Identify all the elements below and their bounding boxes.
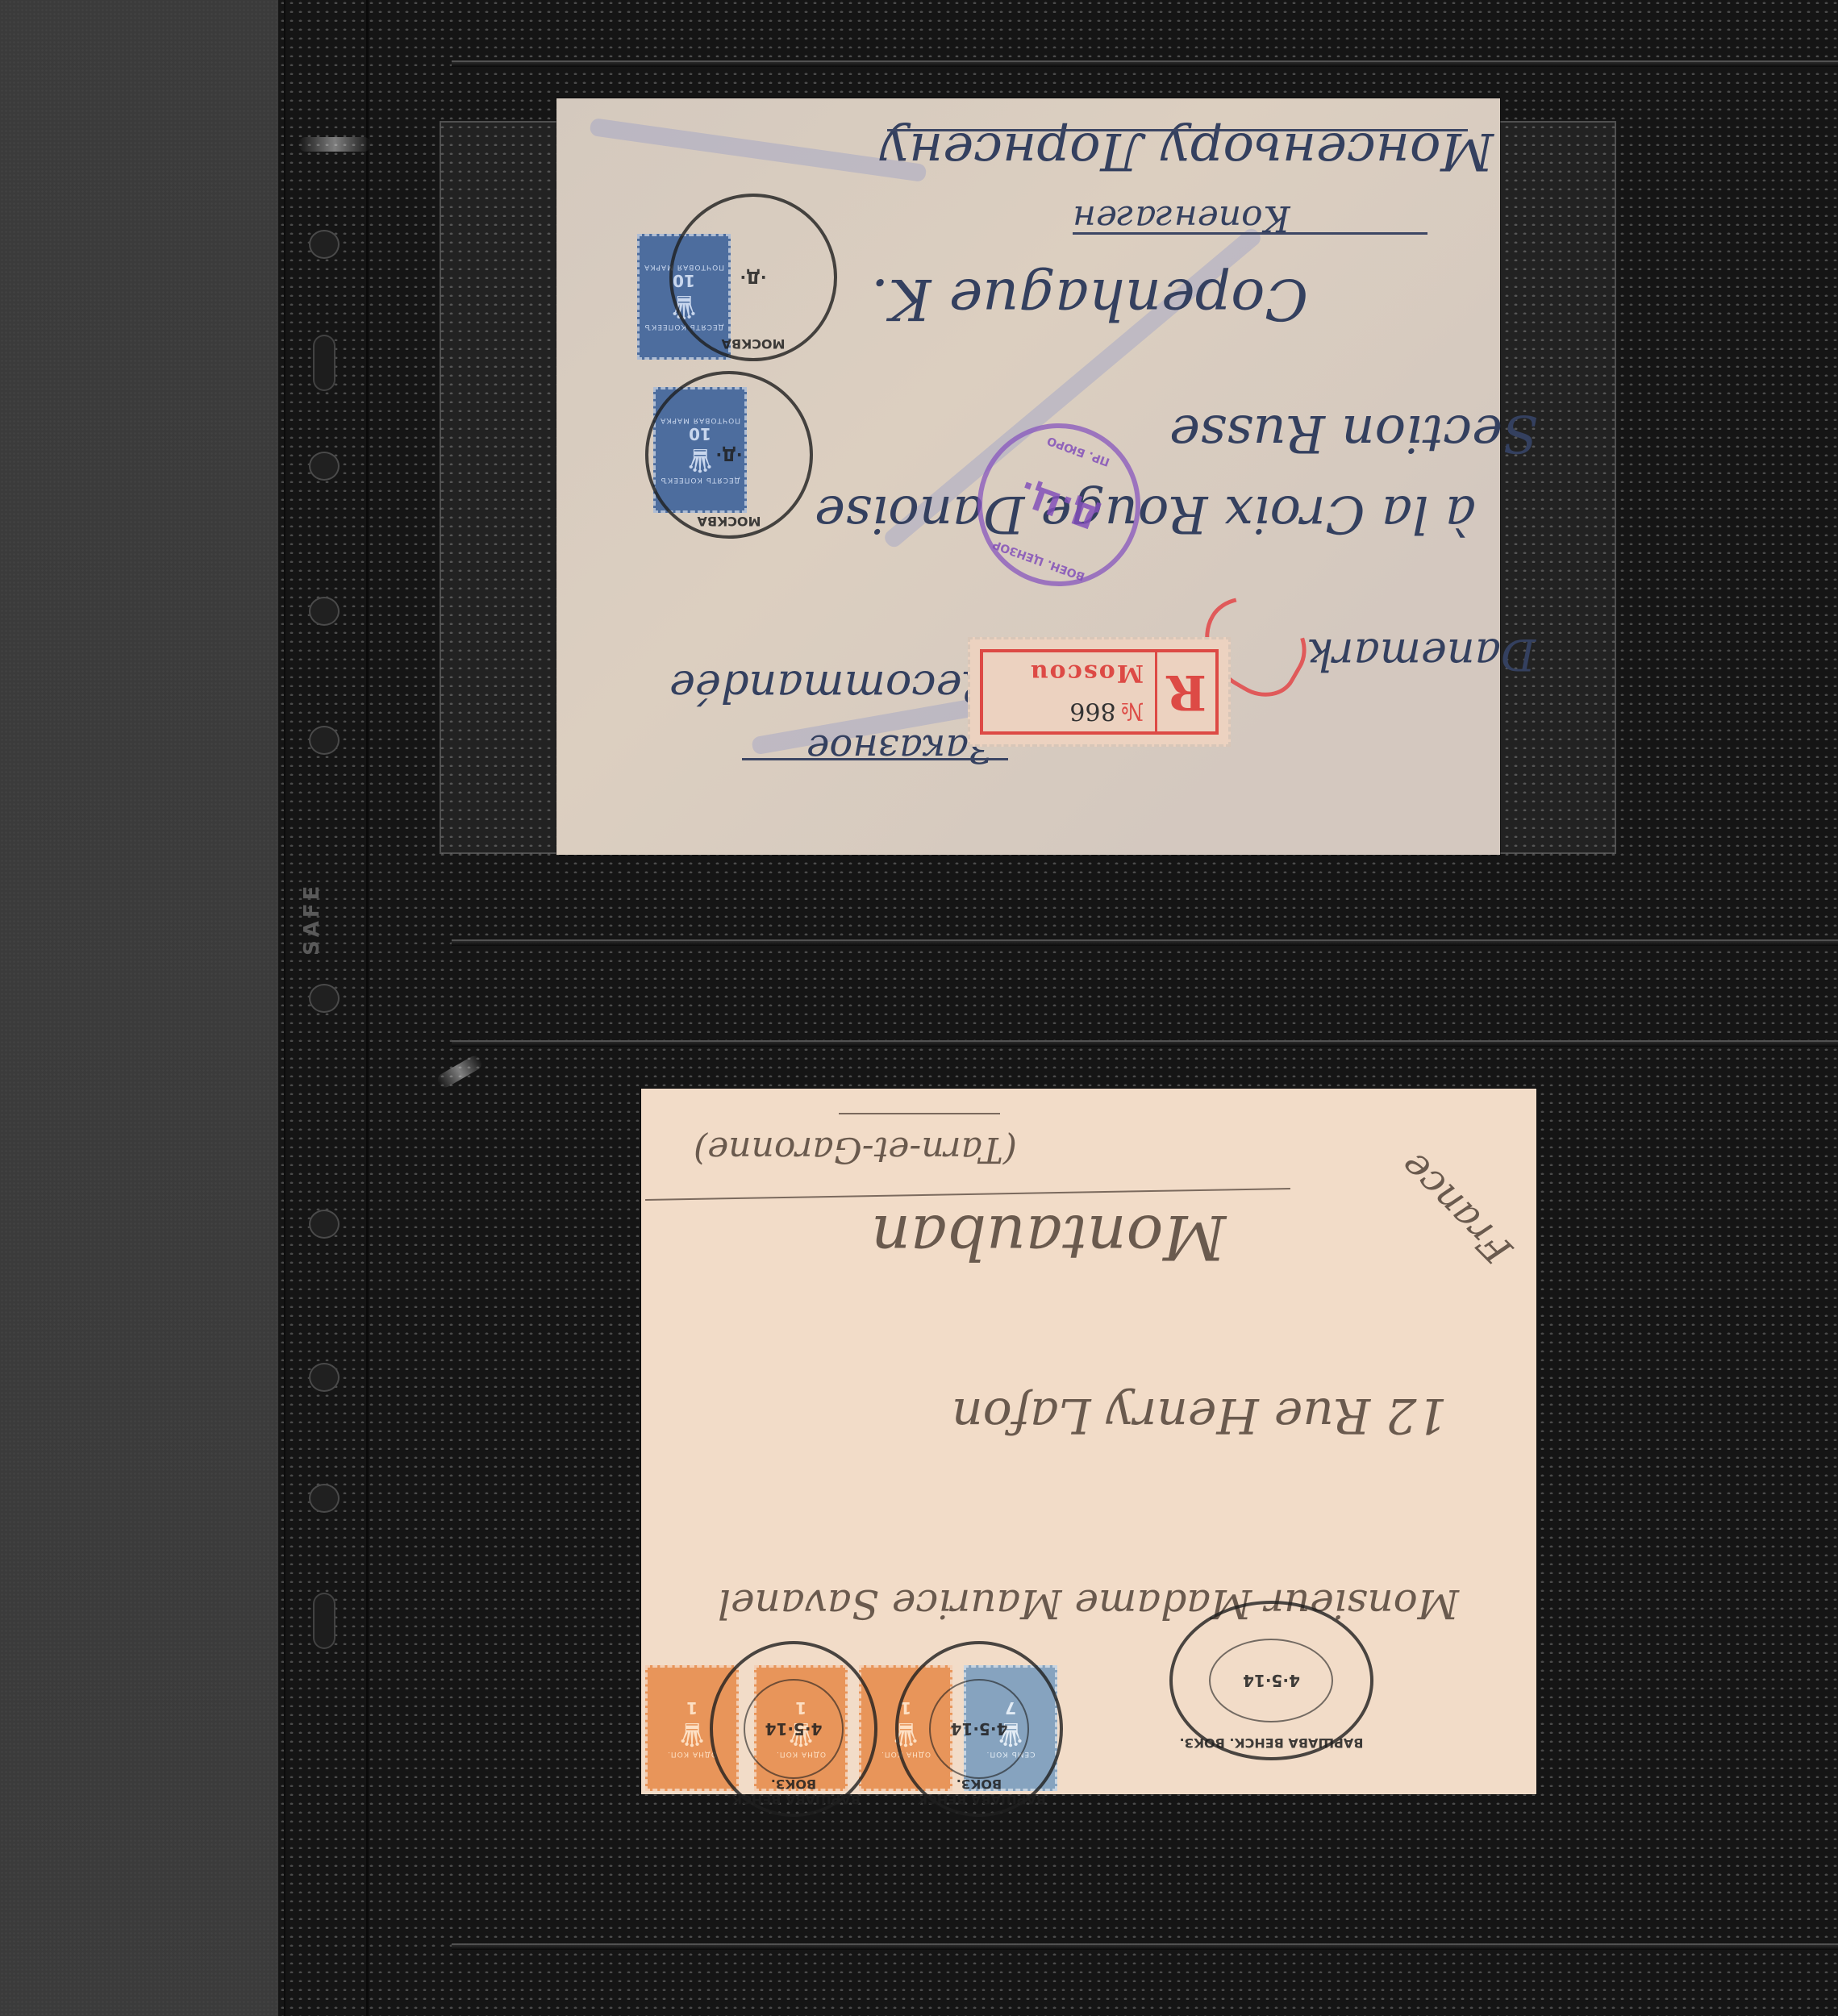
punch-hole [309,452,340,481]
sleeve-edge [452,1040,1838,1047]
sleeve-edge [452,60,1838,67]
address-underline [742,758,1008,760]
round-postmark: МОСКВА ·Д· [669,194,837,361]
address-line: Montauban [871,1202,1226,1273]
address-underline [839,1113,1000,1114]
registration-city: Moscou [994,659,1144,687]
registration-label-frame: R №866 Moscou [980,649,1219,735]
address-line: Заказное [806,726,993,771]
registration-letter: R [1155,652,1215,731]
address-line: (Tarn-et-Garonne) [694,1129,1017,1170]
punch-slot [313,335,336,391]
sleeve-glare [298,137,371,152]
registration-label-body: №866 Moscou [983,652,1155,731]
punch-hole [309,1363,340,1392]
address-underline [1073,232,1427,235]
round-postmark: ВАРШАВА ВЕНСК. ВОКЗ. 4·5·14 [895,1641,1063,1817]
punch-hole [309,1210,340,1239]
punch-hole [309,1484,340,1513]
sleeve-edge [452,939,1838,946]
backdrop [0,0,278,2016]
punch-slot [313,1593,336,1649]
sleeve-edge [452,1943,1838,1950]
oval-postmark: ВАРШАВА ВЕНСК. ВОКЗ. 4·5·14 [1169,1601,1373,1760]
album-brand-emboss: SAFE [300,843,332,956]
punch-hole [309,726,340,755]
registration-number: №866 [994,697,1144,725]
address-line: Section Russe [1169,403,1538,463]
address-line: Danemark [1307,629,1536,680]
round-postmark: МОСКВА ·Д· [645,371,813,539]
address-line: 12 Rue Henry Lafon [952,1387,1448,1443]
address-line: Recommandée [669,661,994,712]
punch-hole [309,230,340,259]
punch-hole [309,984,340,1013]
round-postmark: ВАРШАВА ВЕНСК. ВОКЗ. 4·5·14 [710,1641,877,1817]
imperial-eagle-icon: ♛ [677,1718,706,1750]
address-line: Monsieur Madame Maurice Savanel [718,1581,1459,1627]
punch-hole [309,597,340,626]
address-underline [887,129,1468,131]
address-line: à la Croix Rouge Danoise [815,484,1476,544]
address-line: Copenhague K. [871,266,1308,332]
registration-label: R №866 Moscou [968,637,1231,747]
